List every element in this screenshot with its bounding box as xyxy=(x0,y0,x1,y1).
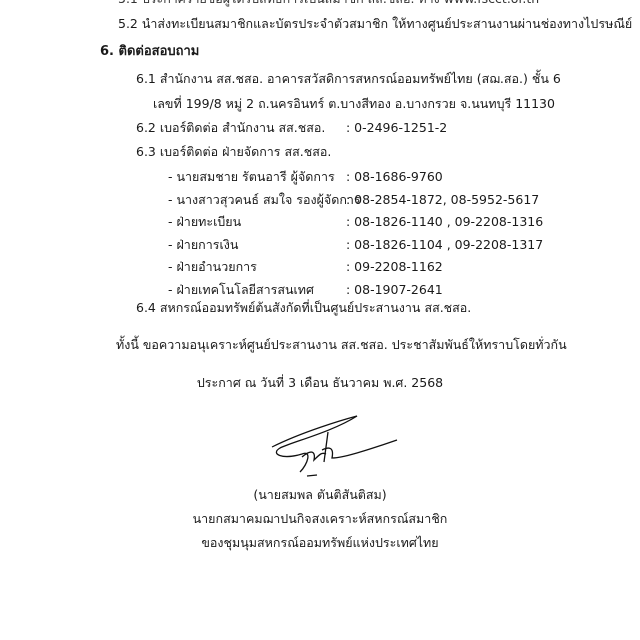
contact-name: - ฝ่ายอำนวยการ xyxy=(168,259,257,274)
contact-phone: : 08-1686-9760 xyxy=(346,169,443,185)
contact-name: - ฝ่ายทะเบียน xyxy=(168,214,241,229)
section6-item1-line1: 6.1 สำนักงาน สส.ชสอ. อาคารสวัสดิการสหกรณ… xyxy=(136,71,561,87)
contact-row: - นางสาวสุวคนธ์ สมใจ รองผู้จัดการ: 08-28… xyxy=(168,192,361,208)
section6-item2: 6.2 เบอร์ติดต่อ สำนักงาน สส.ชสอ. : 0-249… xyxy=(136,120,556,136)
contact-row: - ฝ่ายเทคโนโลยีสารสนเทศ: 08-1907-2641 xyxy=(168,282,314,298)
contact-phone: : 09-2208-1162 xyxy=(346,259,443,275)
contact-phone: : 08-1826-1104 , 09-2208-1317 xyxy=(346,237,543,253)
section6-item3: 6.3 เบอร์ติดต่อ ฝ่ายจัดการ สส.ชสอ. xyxy=(136,144,331,160)
contact-row: - ฝ่ายอำนวยการ: 09-2208-1162 xyxy=(168,259,257,275)
closing-text: ทั้งนี้ ขอความอนุเคราะห์ศูนย์ประสานงาน ส… xyxy=(116,337,567,353)
announce-date: ประกาศ ณ วันที่ 3 เดือน ธันวาคม พ.ศ. 256… xyxy=(0,375,640,391)
section5-item2: 5.2 นำส่งทะเบียนสมาชิกและบัตรประจำตัวสมา… xyxy=(118,16,632,32)
signatory-title1: นายกสมาคมฌาปนกิจสงเคราะห์สหกรณ์สมาชิก xyxy=(0,511,640,527)
contact-name: - ฝ่ายเทคโนโลยีสารสนเทศ xyxy=(168,282,314,297)
section5-item1-partial: 5.1 ประกาศรายชื่อผู้ได้รับสิทธิ์การเป็นส… xyxy=(118,0,539,7)
section6-item1-line2: เลขที่ 199/8 หมู่ 2 ถ.นครอินทร์ ต.บางสีท… xyxy=(153,96,555,112)
contact-name: - นางสาวสุวคนธ์ สมใจ รองผู้จัดการ xyxy=(168,192,361,207)
contact-phone: : 08-2854-1872, 08-5952-5617 xyxy=(346,192,539,208)
contact-phone: : 08-1826-1140 , 09-2208-1316 xyxy=(346,214,543,230)
contact-row: - ฝ่ายการเงิน: 08-1826-1104 , 09-2208-13… xyxy=(168,237,238,253)
contact-name: - ฝ่ายการเงิน xyxy=(168,237,238,252)
section6-item4: 6.4 สหกรณ์ออมทรัพย์ต้นสังกัดที่เป็นศูนย์… xyxy=(136,300,471,316)
office-phone: : 0-2496-1251-2 xyxy=(346,120,447,136)
contact-phone: : 08-1907-2641 xyxy=(346,282,443,298)
office-label: 6.2 เบอร์ติดต่อ สำนักงาน สส.ชสอ. xyxy=(136,120,325,135)
contact-row: - ฝ่ายทะเบียน: 08-1826-1140 , 09-2208-13… xyxy=(168,214,241,230)
contact-row: - นายสมชาย รัตนอารี ผู้จัดการ: 08-1686-9… xyxy=(168,169,335,185)
signatory-title2: ของชุมนุมสหกรณ์ออมทรัพย์แห่งประเทศไทย xyxy=(0,535,640,551)
signature xyxy=(262,402,402,482)
signatory-name: (นายสมพล ตันติสันติสม) xyxy=(0,487,640,503)
section6-heading: 6. ติดต่อสอบถาม xyxy=(100,44,199,60)
contact-name: - นายสมชาย รัตนอารี ผู้จัดการ xyxy=(168,169,335,184)
